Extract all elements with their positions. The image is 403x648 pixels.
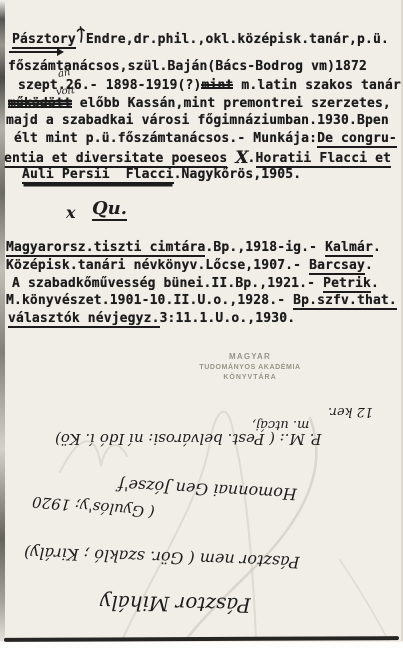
annotation-qu: Qu. — [92, 198, 127, 221]
struck-word: mint — [201, 78, 233, 93]
typed-line-13: választók névjegyz.3:11.1.U.o.,1930. — [8, 311, 295, 327]
typed-line-8: Auli Persii Flacci.Nagykőrös,1905. — [22, 167, 301, 183]
typed-text: .Nagykőrös,1905. — [174, 167, 302, 182]
library-stamp: MAGYAR TUDOMÁNYOS AKADÉMIA KÖNYVTÁRA — [188, 352, 312, 381]
handwritten-note-a1: 12 ker. — [328, 404, 373, 419]
work-title-part: Auli Persii Flacci — [22, 167, 174, 184]
source-author: Petrik — [323, 276, 371, 293]
typed-text: M.könyvészet.1901-10.II.U.o.,1928.- — [6, 293, 293, 308]
scan-background — [0, 642, 403, 648]
typed-text: 1898-1919(?) — [98, 78, 202, 93]
typed-text: . — [371, 276, 379, 291]
typed-text: 3:11.1.U.o.,1930. — [160, 311, 296, 326]
typed-text: . — [248, 151, 256, 166]
typed-line-10: Középisk.tanári névkönyv.Lőcse,1907.- Ba… — [6, 258, 373, 274]
source-title: Magyarorsz.tiszti cimtára — [6, 240, 205, 257]
typed-line-5: majd a szabadkai városi főgimnáziumban.1… — [6, 113, 389, 129]
typed-text: élt mint p.ü.főszámtanácsos.- Munkája: — [14, 131, 317, 146]
typed-text: .Bp.,1918-ig.- — [205, 240, 325, 255]
handwritten-note-a3: P. M.: ( Pest. belvárosi: ní Idó í. Kö) — [55, 430, 322, 448]
typed-text: . — [365, 258, 373, 273]
stamp-line-3: KÖNYVTÁRA — [188, 374, 312, 381]
typed-line-9: Magyarorsz.tiszti cimtára.Bp.,1918-ig.- … — [6, 240, 381, 256]
typed-line-11: A szabadkőművesség bünei.II.Bp.,1921.- P… — [12, 276, 379, 292]
work-title-part: De congru- — [317, 131, 397, 148]
handwritten-note-c: Pásztor nem ( Gör. szakló ; Király) — [24, 543, 300, 572]
source-title: választók névjegyz. — [8, 311, 160, 328]
typed-text: Középisk.tanári névkönyv.Lőcse,1907.- — [6, 258, 309, 273]
annotation-check-x: x — [66, 203, 76, 222]
author-surname: Pásztory — [12, 32, 76, 49]
typed-line-6: élt mint p.ü.főszámtanácsos.- Munkája:De… — [14, 131, 397, 147]
work-title-part: Horatii Flacci et — [256, 151, 392, 168]
handwritten-correction-verb: volt — [55, 85, 75, 98]
typed-line-1: PásztoryEndre,dr.phil.,okl.középisk.taná… — [12, 26, 389, 48]
typed-line-12: M.könyvészet.1901-10.II.U.o.,1928.- Bp.s… — [6, 293, 397, 309]
handwritten-note-d: Pásztor Mihály — [100, 591, 251, 618]
typed-line-7: entia et diversitate poeseos X.Horatii F… — [4, 149, 391, 167]
work-title-part: entia et diversitate poeseos — [4, 151, 227, 168]
handwritten-note-b1: Homonnai Gen Józse'f — [118, 475, 298, 503]
source-title: Bp.szfv.that. — [293, 293, 397, 310]
handwritten-correction-date: án — [57, 67, 71, 80]
stamp-line-1: MAGYAR — [188, 352, 312, 361]
catalog-card: PásztoryEndre,dr.phil.,okl.középisk.taná… — [0, 0, 403, 648]
typed-text: . — [373, 240, 381, 255]
insertion-caret-icon — [76, 26, 85, 48]
card-bottom-edge — [4, 636, 399, 642]
typed-text: előbb Kassán,mint premontrei szerzetes, — [72, 96, 391, 111]
typed-text: m.latin szakos tanár — [233, 78, 401, 93]
handwritten-note-b2: ( Gyulós'y; 1920 — [31, 493, 155, 522]
typed-line-3: szept.26.- 1898-1919(?)mint m.latin szak… — [18, 78, 401, 94]
stamp-line-2: TUDOMÁNYOS AKADÉMIA — [188, 364, 312, 371]
struck-word: működött — [8, 96, 72, 111]
typed-text: majd a szabadkai városi főgimnáziumban.1… — [6, 113, 389, 128]
scan-left-edge — [0, 0, 5, 641]
typed-text: A szabadkőművesség bünei.II.Bp.,1921.- — [12, 276, 323, 291]
typed-line-4: működött előbb Kassán,mint premontrei sz… — [8, 96, 391, 112]
typed-text — [227, 151, 235, 166]
source-author: Barcsay — [309, 258, 365, 275]
handwritten-x-overwrite: X — [235, 150, 247, 166]
typed-text: Endre,dr.phil.,okl.középisk.tanár,p.ü. — [86, 32, 389, 47]
source-author: Kalmár — [325, 240, 373, 257]
